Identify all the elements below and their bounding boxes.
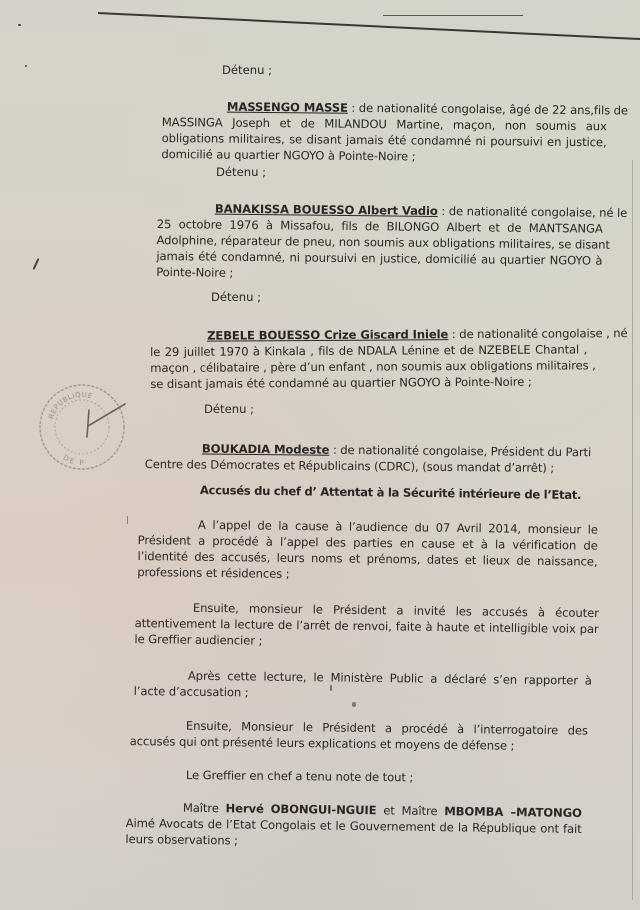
paragraph-lawyers: Maître Hervé OBONGUI-NGUIE et Maître MBO… (125, 799, 582, 853)
paragraph-hearing-call: A l’appel de la cause à l’audience du 07… (137, 516, 598, 586)
paragraph-public-ministry: Après cette lecture, le Ministère Public… (134, 667, 592, 705)
header-short-rule (383, 15, 523, 16)
lawyer-first-name: Hervé (226, 801, 264, 815)
paragraph-referral-reading: Ensuite, monsieur le Président a invité … (134, 599, 599, 653)
defendant-intro: : de nationalité congolaise, âgé de 22 a… (348, 101, 628, 118)
defendant-intro: : de nationalité congolaise, Président d… (329, 443, 591, 460)
defendant-name: BANAKISSA BOUESSO Albert Vadio (215, 202, 438, 218)
speck-mark (25, 65, 27, 67)
defendant-name: BOUKADIA Modeste (202, 442, 330, 457)
speck-mark (294, 545, 295, 550)
speck-mark (330, 685, 332, 691)
paragraph-line: Le Greffier en chef a tenu note de tout … (186, 767, 486, 786)
scanned-document-page: Détenu ; MASSENGO MASSE : de nationalité… (0, 0, 640, 910)
defendant-line: se disant jamais été condamné au quartie… (150, 373, 587, 392)
speck-mark (127, 516, 128, 524)
text-fragment: et Maître (376, 803, 444, 818)
header-rule (98, 12, 640, 40)
paragraph-interrogation: Ensuite, Monsieur le Président a procédé… (130, 717, 588, 755)
defendant-name: ZEBELE BOUESSO Crize Giscard Iniele (207, 327, 448, 342)
defendant-entry-massengo: MASSENGO MASSE : de nationalité congolai… (161, 98, 607, 166)
text-fragment: Maître (183, 801, 226, 816)
defendant-entry-zebele: ZEBELE BOUESSO Crize Giscard Iniele : de… (150, 325, 587, 392)
pen-mark (33, 258, 40, 270)
label-detenu: Détenu ; (222, 63, 272, 77)
lawyer-name: OBONGUI-NGUIE (271, 802, 377, 817)
label-detenu: Détenu ; (211, 290, 261, 304)
label-detenu: Détenu ; (204, 402, 254, 416)
defendant-intro: : de nationalité congolaise , né (448, 326, 627, 341)
paper-edge (632, 160, 633, 900)
paragraph-clerk-note: Le Greffier en chef a tenu note de tout … (186, 767, 486, 786)
lawyer-name: MBOMBA –MATONGO (444, 804, 582, 820)
defendant-name: MASSENGO MASSE (227, 100, 348, 115)
defendant-entry-banakissa: BANAKISSA BOUESSO Albert Vadio : de nati… (156, 200, 603, 285)
speck-mark (18, 24, 21, 26)
defendant-entry-boukadia: BOUKADIA Modeste : de nationalité congol… (145, 440, 613, 476)
speck-mark (352, 702, 356, 707)
charge-heading: Accusés du chef d’ Attentat à la Sécurit… (200, 483, 581, 502)
defendant-line: Centre des Démocrates et Républicains (C… (145, 456, 613, 476)
defendant-intro: : de nationalité congolaise, né le (438, 204, 628, 220)
official-stamp-icon: REPUBLIQUE DE P (37, 382, 127, 472)
label-detenu: Détenu ; (216, 165, 266, 179)
